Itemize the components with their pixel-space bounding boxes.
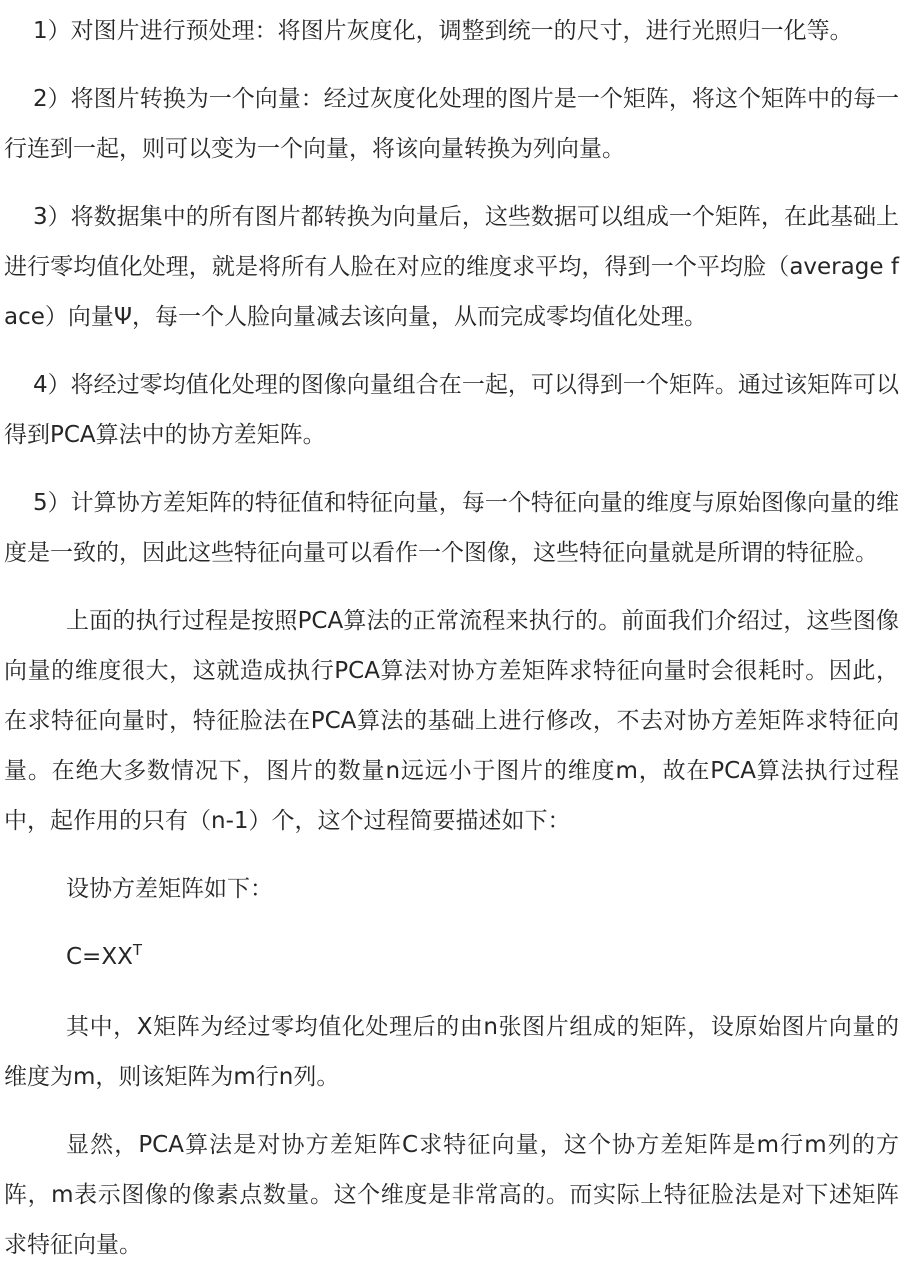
formula-base: C=XX <box>66 944 133 970</box>
paragraph-covariance-intro: 设协方差矩阵如下： <box>4 864 899 914</box>
paragraph-matrix-x-note: 其中，X矩阵为经过零均值化处理后的由n张图片组成的矩阵，设原始图片向量的维度为m… <box>4 1002 899 1102</box>
covariance-formula: C=XXT <box>4 932 899 984</box>
paragraph-step-4: 4）将经过零均值化处理的图像向量组合在一起，可以得到一个矩阵。通过该矩阵可以得到… <box>4 360 899 460</box>
paragraph-step-5: 5）计算协方差矩阵的特征值和特征向量，每一个特征向量的维度与原始图像向量的维度是… <box>4 478 899 578</box>
paragraph-eigenface-conclusion: 显然，PCA算法是对协方差矩阵C求特征向量，这个协方差矩阵是m行m列的方阵，m表… <box>4 1120 899 1270</box>
paragraph-step-3: 3）将数据集中的所有图片都转换为向量后，这些数据可以组成一个矩阵，在此基础上进行… <box>4 192 899 342</box>
formula-superscript: T <box>133 941 142 959</box>
paragraph-pca-discussion: 上面的执行过程是按照PCA算法的正常流程来执行的。前面我们介绍过，这些图像向量的… <box>4 596 899 846</box>
document-page: 1）对图片进行预处理：将图片灰度化，调整到统一的尺寸，进行光照归一化等。 2）将… <box>0 0 905 1276</box>
paragraph-step-1: 1）对图片进行预处理：将图片灰度化，调整到统一的尺寸，进行光照归一化等。 <box>4 6 899 56</box>
paragraph-step-2: 2）将图片转换为一个向量：经过灰度化处理的图片是一个矩阵，将这个矩阵中的每一行连… <box>4 74 899 174</box>
